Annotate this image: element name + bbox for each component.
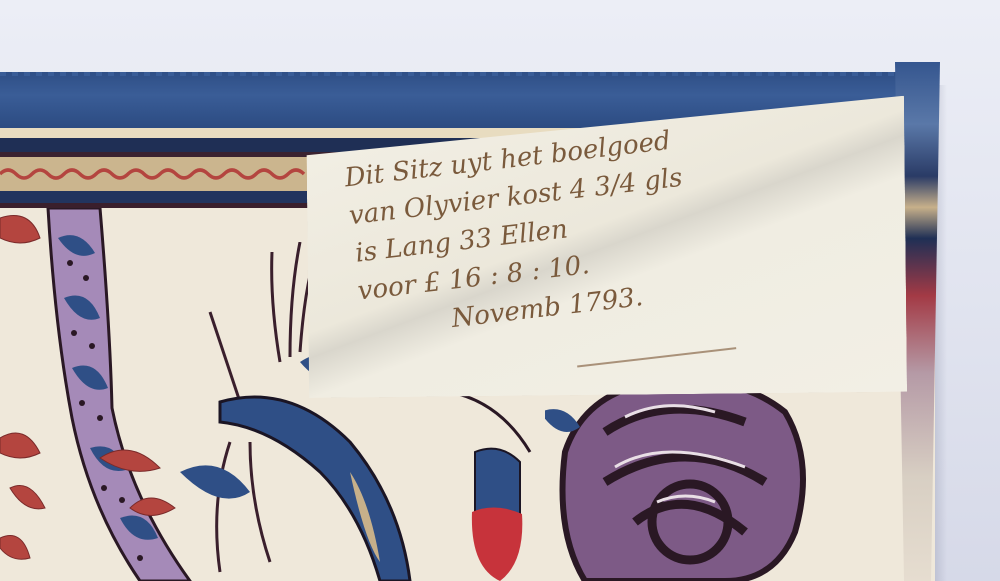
red-bud — [440, 392, 550, 581]
frayed-edge — [0, 72, 935, 76]
date-underline — [577, 347, 736, 367]
purple-peony — [545, 372, 845, 581]
red-wave-line — [0, 164, 310, 184]
photo-scene: Dit Sitz uyt het boelgoed van Olyvier ko… — [0, 0, 1000, 581]
